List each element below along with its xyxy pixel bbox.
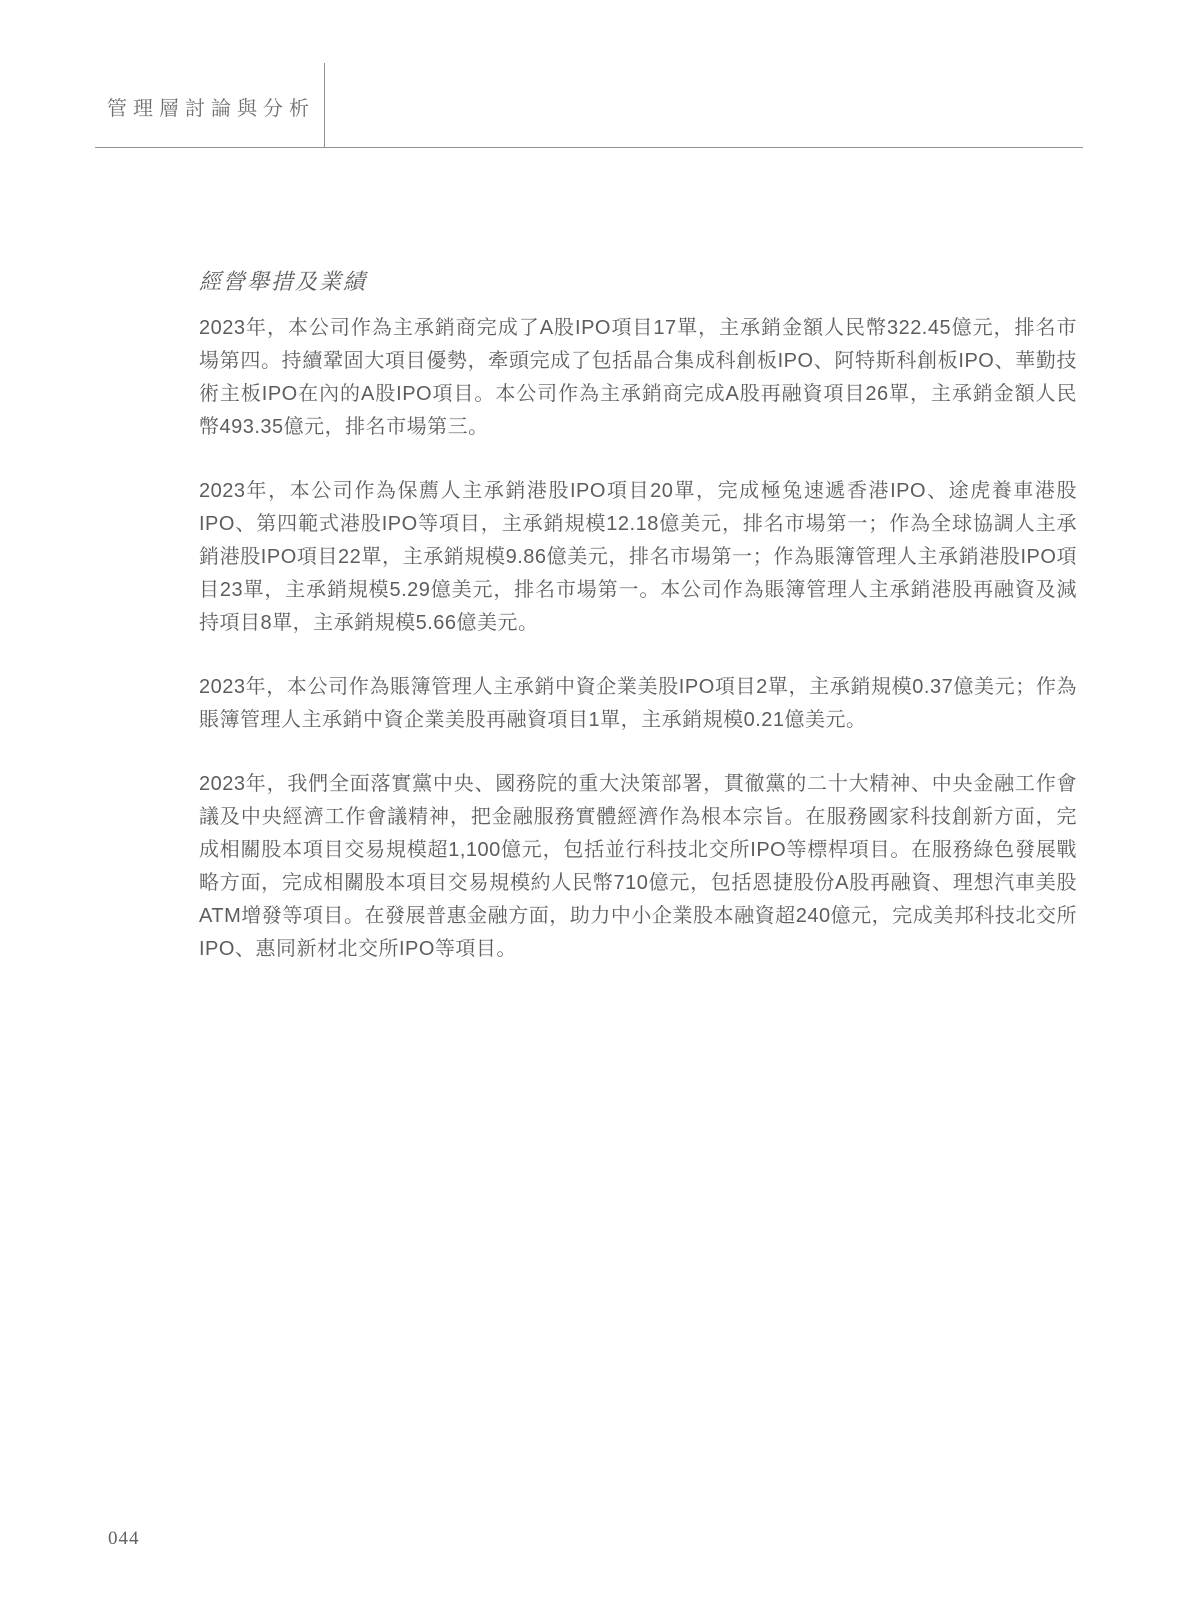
header-vertical-divider bbox=[324, 63, 325, 147]
section-title: 經營舉措及業績 bbox=[199, 265, 1077, 296]
paragraph-policy-implementation: 2023年，我們全面落實黨中央、國務院的重大決策部署，貫徹黨的二十大精神、中央金… bbox=[199, 768, 1077, 966]
paragraph-a-share-ipo: 2023年，本公司作為主承銷商完成了A股IPO項目17單，主承銷金額人民幣322… bbox=[199, 312, 1077, 444]
paragraph-us-ipo: 2023年，本公司作為賬簿管理人主承銷中資企業美股IPO項目2單，主承銷規模0.… bbox=[199, 671, 1077, 737]
main-content: 經營舉措及業績 2023年，本公司作為主承銷商完成了A股IPO項目17單，主承銷… bbox=[199, 265, 1077, 997]
page-number: 044 bbox=[108, 1528, 140, 1550]
running-header-title: 管理層討論與分析 bbox=[107, 92, 315, 121]
header-horizontal-rule bbox=[95, 147, 1083, 148]
paragraph-hk-ipo: 2023年，本公司作為保薦人主承銷港股IPO項目20單，完成極兔速遞香港IPO、… bbox=[199, 475, 1077, 640]
document-page: 管理層討論與分析 經營舉措及業績 2023年，本公司作為主承銷商完成了A股IPO… bbox=[0, 0, 1190, 1615]
